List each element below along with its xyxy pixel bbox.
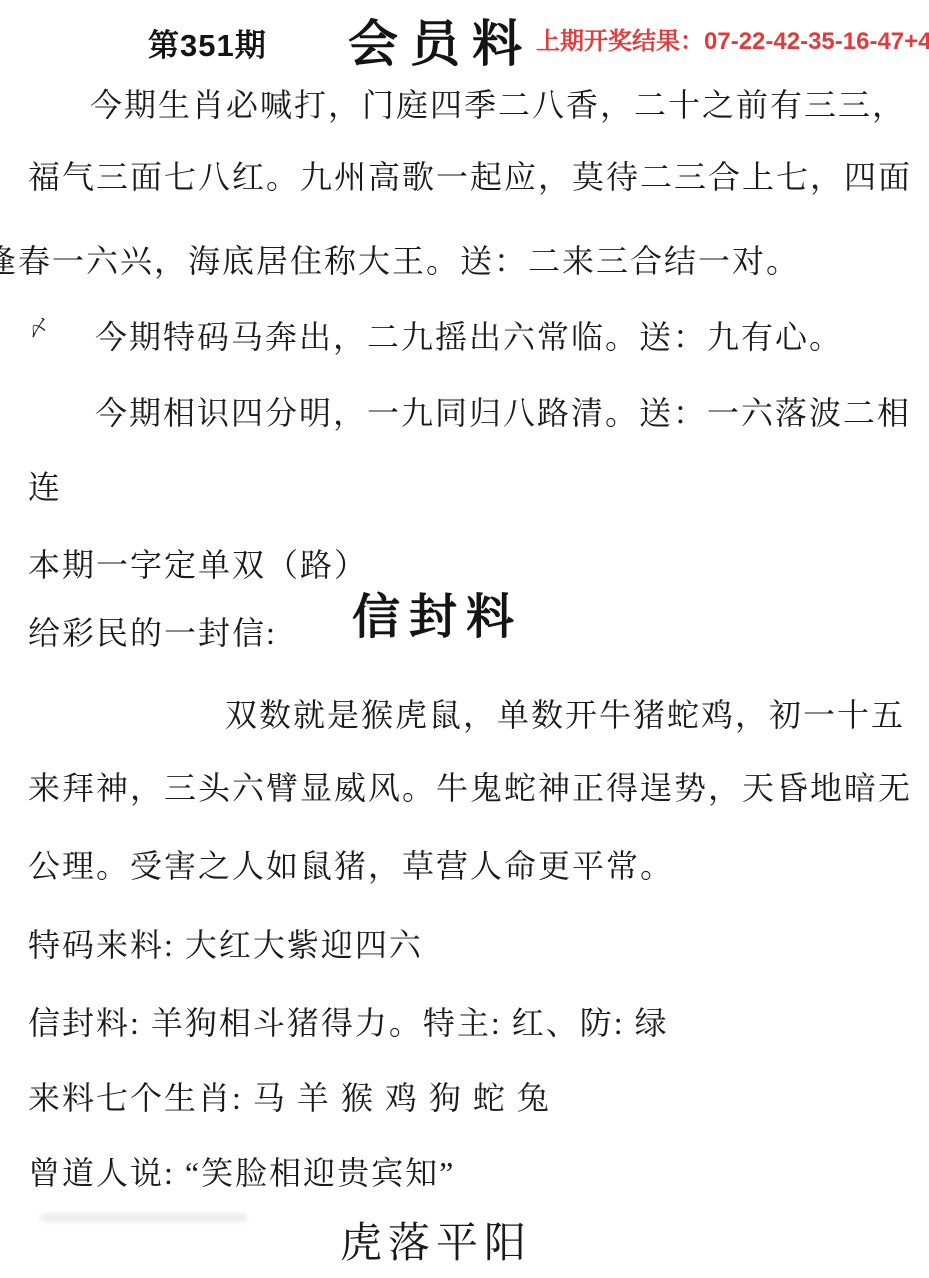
member-line-5: 今期相识四分明，一九同归八路清。送：一六落波二相 bbox=[95, 388, 911, 434]
member-line-6: 连 bbox=[28, 462, 62, 508]
member-line-2: 福气三面七八红。九州高歌一起应，莫待二三合上七，四面 bbox=[28, 152, 912, 198]
last-draw-result: 上期开奖结果：07-22-42-35-16-47+49 bbox=[536, 21, 929, 56]
member-line-7: 本期一字定单双（路） bbox=[28, 540, 368, 586]
envelope-line-3: 公理。受害之人如鼠猪，草营人命更平常。 bbox=[28, 841, 674, 887]
lottery-tip-sheet-page: 第351期 会员料 上期开奖结果：07-22-42-35-16-47+49 今期… bbox=[0, 0, 929, 1278]
quote-line: 曾道人说: “笑脸相迎贵宾知” bbox=[28, 1148, 455, 1194]
member-line-1: 今期生肖必喊打，门庭四季二八香，二十之前有三三， bbox=[90, 80, 906, 126]
issue-number-label: 第351期 bbox=[148, 20, 267, 65]
scan-smudge-artifact bbox=[40, 1213, 247, 1222]
last-draw-label: 上期开奖结果： bbox=[536, 28, 704, 55]
envelope-intro-label: 给彩民的一封信: bbox=[28, 608, 277, 654]
last-draw-numbers: 07-22-42-35-16-47+49 bbox=[704, 28, 929, 55]
page-title: 会员料 bbox=[348, 4, 534, 76]
member-line-4: 今期特码马奔出，二九摇出六常临。送：九有心。 bbox=[95, 312, 843, 358]
footer-idiom: 虎落平阳 bbox=[340, 1210, 532, 1270]
zodiac-list-line: 来料七个生肖: 马 羊 猴 鸡 狗 蛇 兔 bbox=[28, 1073, 551, 1119]
envelope-line-2: 来拜神，三头六臂显威风。牛鬼蛇神正得逞势，天昏地暗无 bbox=[28, 763, 912, 809]
envelope-line-1: 双数就是猴虎鼠，单数开牛猪蛇鸡，初一十五 bbox=[225, 690, 905, 736]
stray-ink-mark: 〆 bbox=[25, 310, 51, 343]
envelope-section-title: 信封料 bbox=[352, 578, 523, 647]
envelope-tip-line: 信封料: 羊狗相斗猪得力。特主: 红、防: 绿 bbox=[28, 998, 669, 1044]
member-line-3: 逢春一六兴，海底居住称大王。送：二来三合结一对。 bbox=[0, 236, 800, 282]
special-code-tip-line: 特码来料: 大红大紫迎四六 bbox=[28, 920, 423, 966]
